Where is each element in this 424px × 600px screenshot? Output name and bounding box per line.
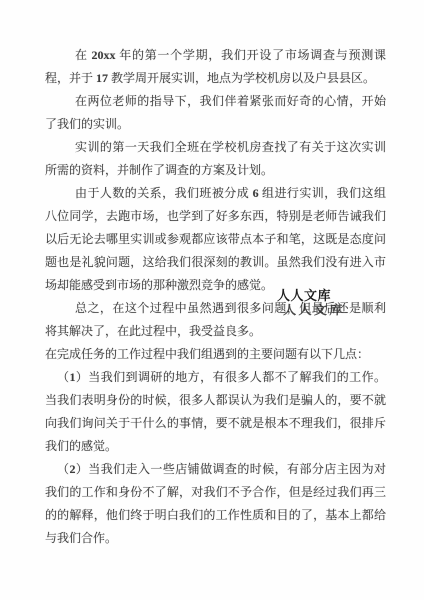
paragraph: 实训的第一天我们全班在学校机房查找了有关于这次实训所需的资料，并制作了调查的方案… [45, 136, 386, 182]
paragraph: 在 20xx 年的第一个学期，我们开设了市场调查与预测课程，并于 17 教学周开… [45, 44, 386, 90]
document-page: 在 20xx 年的第一个学期，我们开设了市场调查与预测课程，并于 17 教学周开… [0, 0, 424, 600]
document-body: 在 20xx 年的第一个学期，我们开设了市场调查与预测课程，并于 17 教学周开… [45, 44, 386, 550]
bold-number: 17 [96, 71, 108, 85]
paragraph: 在两位老师的指导下，我们伴着紧张而好奇的心情，开始了我们的实训。 [45, 90, 386, 136]
paragraph: 由于人数的关系，我们班被分成 6 组进行实训，我们这组八位同学，去跑市场，也学到… [45, 182, 386, 297]
paragraph: （1）当我们到调研的地方，有很多人都不了解我们的工作。当我们表明身份的时候，很多… [45, 366, 386, 458]
bold-number: 1 [69, 370, 75, 384]
bold-number: 6 [253, 186, 259, 200]
paragraph: （2）当我们走入一些店铺做调查的时候，有部分店主因为对我们的工作和身份不了解，对… [45, 458, 386, 550]
bold-number: 20xx [91, 48, 115, 62]
paragraph: 在完成任务的工作过程中我们组遇到的主要问题有以下几点： [45, 343, 386, 366]
bold-number: 2 [69, 462, 75, 476]
watermark-overlay: 人人文库 [283, 301, 345, 318]
